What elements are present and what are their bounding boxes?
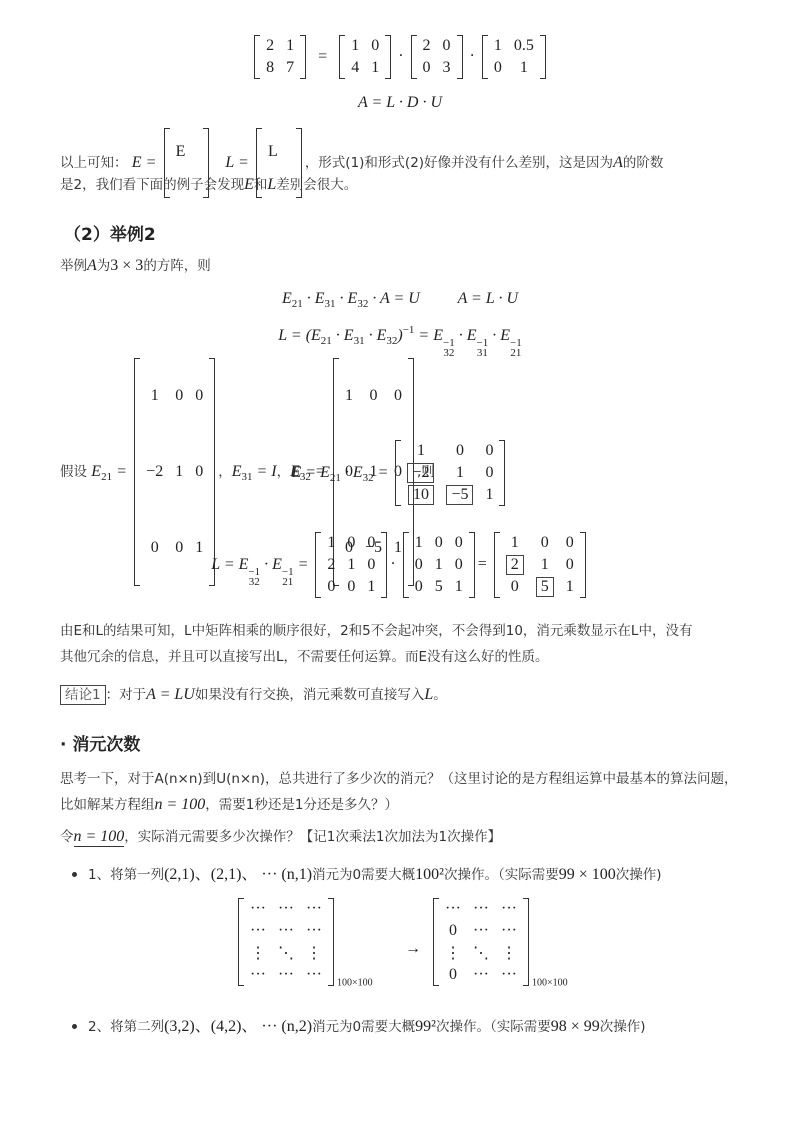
e-product-equation: E = E21 · E32 = 100 −210 10−51 <box>60 440 740 506</box>
dot-matrix-before: ········· ········· ⋮⋱⋮ ········· 100×10… <box>235 898 373 989</box>
paragraph-comparison-line2: 是2，我们看下面的例子会发现E和L差别会很大。 <box>60 172 740 198</box>
bullet-dot <box>72 1024 77 1029</box>
l-product-equation: L = E−132 · E−121 = 100 210 001 · 100 01… <box>60 532 740 598</box>
conclusion-1: 结论1：对于A = LU如果没有行交换，消元乘数可直接写入L。 <box>60 682 740 708</box>
bullet-dot <box>72 872 77 877</box>
list-item-step2: 2、将第二列(3,2)、(4,2)、 ··· (n,2)消元为0需要大概99²次… <box>88 1014 738 1040</box>
paragraph-let-n: 令n = 100，实际消元需要多少次操作？【记1次乘法1次加法为1次操作】 <box>60 824 740 850</box>
paragraph-l-advantage: 由E和L的结果可知，L中矩阵相乘的顺序很好，2和5不会起冲突，不会得到10，消元… <box>60 618 740 670</box>
example2-intro: 举例A为3 × 3的方阵，则 <box>60 253 740 279</box>
matrix-L: 10 41 <box>339 35 391 79</box>
matrix-D: 20 03 <box>411 35 463 79</box>
section-heading-example2: （2）举例2 <box>64 220 156 245</box>
elimination-equation: E21 · E31 · E32 · A = U A = L · U <box>60 290 740 310</box>
section-heading-elimination-count: · 消元次数 <box>60 730 140 755</box>
dot-matrix-after: ········· 0······ ⋮⋱⋮ 0······ 100×100 <box>430 898 568 989</box>
paragraph-thinking: 思考一下，对于A(n×n)到U(n×n)，总共进行了多少次的消元？（这里讨论的是… <box>60 766 740 818</box>
conclusion-tag: 结论1 <box>60 685 106 705</box>
arrow-icon: → <box>405 940 421 958</box>
matrix-A: 21 87 <box>254 35 306 79</box>
matrix-U: 10.5 01 <box>482 35 546 79</box>
l-inverse-equation: L = (E21 · E31 · E32)−1 = E−132 · E−131 … <box>60 324 740 358</box>
ldu-equation: 21 87 = 10 41 · 20 03 · 10.5 01 <box>60 35 740 79</box>
list-item-step1: 1、将第一列(2,1)、(2,1)、 ··· (n,1)消元为0需要大概100²… <box>88 862 738 888</box>
ldu-formula: A = L · D · U <box>60 94 740 112</box>
